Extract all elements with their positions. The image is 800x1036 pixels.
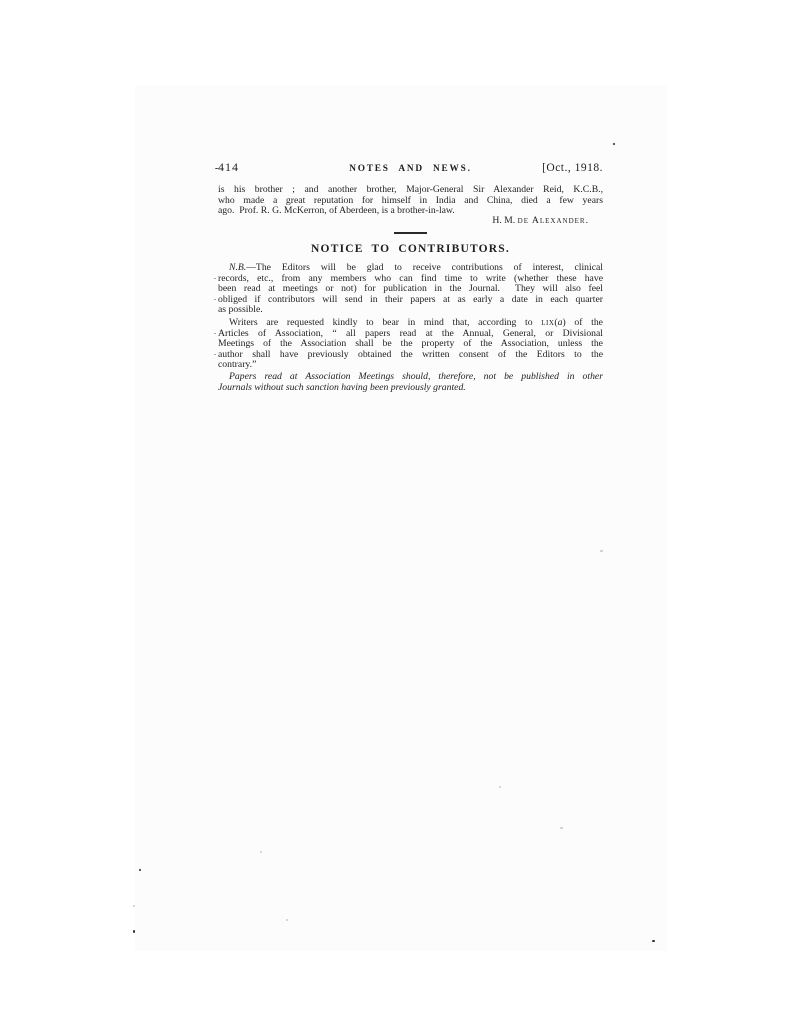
text-segment: is his brother ; and another brother, Ma…: [218, 184, 603, 195]
text-segment: been read at meetings or not) for public…: [218, 283, 603, 294]
scan-speck: [613, 143, 615, 145]
scan-speck: [600, 550, 603, 552]
text-segment: as possible.: [218, 304, 263, 315]
scan-speck: [133, 930, 135, 933]
text-segment: records, etc., from any members who can …: [218, 273, 603, 284]
journal-page: 414 NOTES AND NEWS. [Oct., 1918. is his …: [135, 85, 667, 951]
text-line: author shall have previously obtained th…: [218, 350, 603, 361]
scan-speck: [214, 299, 216, 300]
smallcaps-text: lix: [541, 317, 554, 328]
nb-paragraph: N.B.—The Editors will be glad to receive…: [218, 263, 603, 316]
text-line: contrary.”: [218, 360, 603, 371]
page-number: 414: [218, 160, 239, 175]
text-segment: Meetings of the Association shall be the…: [218, 338, 603, 349]
text-line: H. M. de Alexander.: [218, 216, 589, 227]
text-segment: Writers are requested kindly to bear in …: [229, 317, 541, 328]
italic-note-paragraph: Papers read at Association Meetings shou…: [218, 372, 603, 393]
running-title: NOTES AND NEWS.: [349, 164, 472, 174]
text-segment: Journals without such sanction having be…: [218, 382, 466, 393]
section-divider-rule: [394, 232, 427, 234]
page-content: 414 NOTES AND NEWS. [Oct., 1918. is his …: [218, 85, 603, 951]
scan-speck: [214, 278, 216, 279]
text-segment: Papers read at Association Meetings shou…: [229, 371, 603, 382]
scan-speck: [139, 869, 141, 871]
text-segment: H. M.: [492, 215, 517, 226]
text-segment: ago. Prof. R. G. McKerron, of Aberdeen, …: [218, 205, 455, 216]
text-segment: ) of the: [562, 317, 603, 328]
scan-speck: [215, 168, 218, 169]
scan-speck: [214, 333, 216, 334]
text-segment: who made a great reputation for himself …: [218, 195, 603, 206]
text-line: obliged if contributors will send in the…: [218, 295, 603, 306]
scan-speck: [133, 905, 135, 907]
text-line: Journals without such sanction having be…: [218, 383, 603, 394]
scan-speck: [652, 940, 655, 942]
scan-speck: [260, 851, 262, 853]
text-segment: contrary.”: [218, 359, 256, 370]
text-segment: Articles of Association, “ all papers re…: [218, 328, 603, 339]
text-line: as possible.: [218, 305, 603, 316]
text-segment: —The Editors will be glad to receive con…: [246, 262, 603, 273]
text-segment: author shall have previously obtained th…: [218, 349, 603, 360]
continuation-paragraph: is his brother ; and another brother, Ma…: [218, 185, 603, 217]
page-header: 414 NOTES AND NEWS. [Oct., 1918.: [218, 160, 603, 175]
scan-speck: [560, 827, 563, 829]
text-segment: obliged if contributors will send in the…: [218, 294, 603, 305]
scan-speck: [286, 919, 288, 921]
scan-speck: [214, 354, 216, 355]
section-heading: NOTICE TO CONTRIBUTORS.: [218, 243, 603, 255]
signature: H. M. de Alexander.: [218, 216, 603, 227]
scan-speck: [499, 786, 501, 788]
italic-text: N.B.: [229, 262, 246, 273]
issue-date: [Oct., 1918.: [542, 162, 603, 174]
writers-paragraph: Writers are requested kindly to bear in …: [218, 318, 603, 371]
smallcaps-text: de Alexander.: [518, 215, 589, 226]
